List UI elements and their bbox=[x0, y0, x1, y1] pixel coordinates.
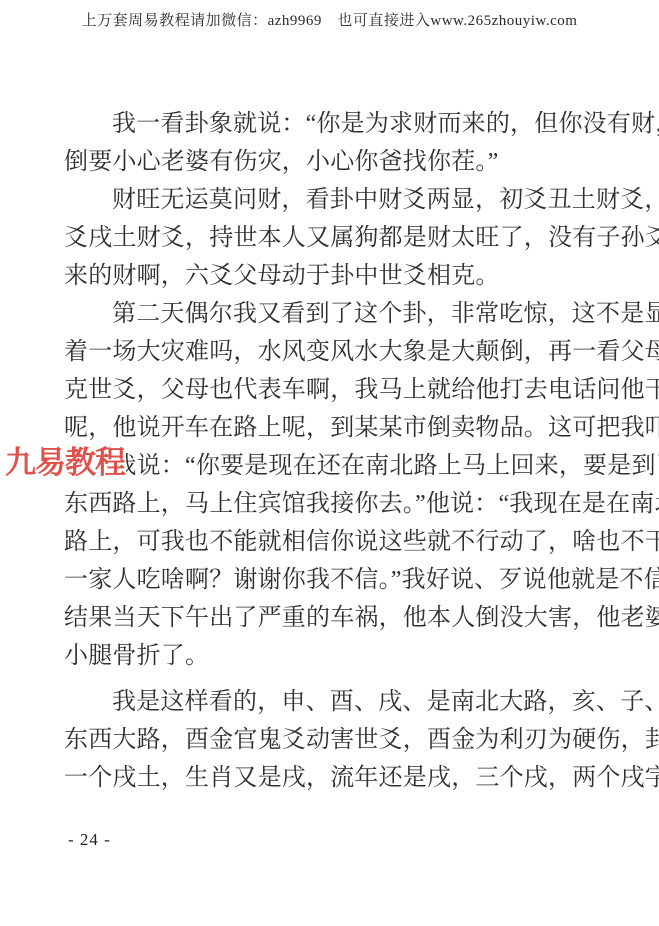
body-text-column: 我一看卦象就说：“你是为求财而来的，但你没有财，倒要小心老婆有伤灾，小心你爸找你… bbox=[64, 110, 600, 802]
text-line: 小腿骨折了。 bbox=[64, 642, 600, 680]
text-line: 财旺无运莫问财，看卦中财爻两显，初爻丑土财爻，五 bbox=[64, 186, 600, 224]
text-line: 克世爻，父母也代表车啊，我马上就给他打去电话问他干啥 bbox=[64, 376, 600, 414]
text-line: 一家人吃啥啊？谢谢你我不信。”我好说、歹说他就是不信。 bbox=[64, 566, 600, 604]
text-line: 东西路上，马上住宾馆我接你去。”他说：“我现在是在南北 bbox=[64, 490, 600, 528]
text-line: 一个戌土，生肖又是戌，流年还是戌，三个戌，两个戌字是 bbox=[64, 764, 600, 802]
document-page: 上万套周易教程请加微信：azh9969 也可直接进入www.265zhouyiw… bbox=[0, 0, 659, 926]
text-line: 结果当天下午出了严重的车祸，他本人倒没大害，他老婆却 bbox=[64, 604, 600, 642]
text-line: 了，我说：“你要是现在还在南北路上马上回来，要是到了 bbox=[64, 452, 600, 490]
text-line: 第二天偶尔我又看到了这个卦，非常吃惊，这不是显示 bbox=[64, 300, 600, 338]
red-watermark: 九易教程 bbox=[5, 446, 126, 479]
page-header-contact-line: 上万套周易教程请加微信：azh9969 也可直接进入www.265zhouyiw… bbox=[0, 9, 659, 30]
text-line: 爻戌土财爻，持世本人又属狗都是财太旺了，没有子孙爻哪 bbox=[64, 224, 600, 262]
text-line: 着一场大灾难吗，水风变风水大象是大颠倒，再一看父母动 bbox=[64, 338, 600, 376]
text-line: 我是这样看的，申、酉、戌、是南北大路，亥、子、丑、 bbox=[64, 688, 600, 726]
text-line: 东西大路，酉金官鬼爻动害世爻，酉金为利刃为硬伤，卦中 bbox=[64, 726, 600, 764]
text-line: 来的财啊，六爻父母动于卦中世爻相克。 bbox=[64, 262, 600, 300]
text-line: 路上，可我也不能就相信你说这些就不行动了，啥也不干了， bbox=[64, 528, 600, 566]
text-line: 倒要小心老婆有伤灾，小心你爸找你茬。” bbox=[64, 148, 600, 186]
page-number: - 24 - bbox=[68, 830, 111, 850]
text-line: 呢，他说开车在路上呢，到某某市倒卖物品。这可把我吓坏 bbox=[64, 414, 600, 452]
text-line: 我一看卦象就说：“你是为求财而来的，但你没有财， bbox=[64, 110, 600, 148]
